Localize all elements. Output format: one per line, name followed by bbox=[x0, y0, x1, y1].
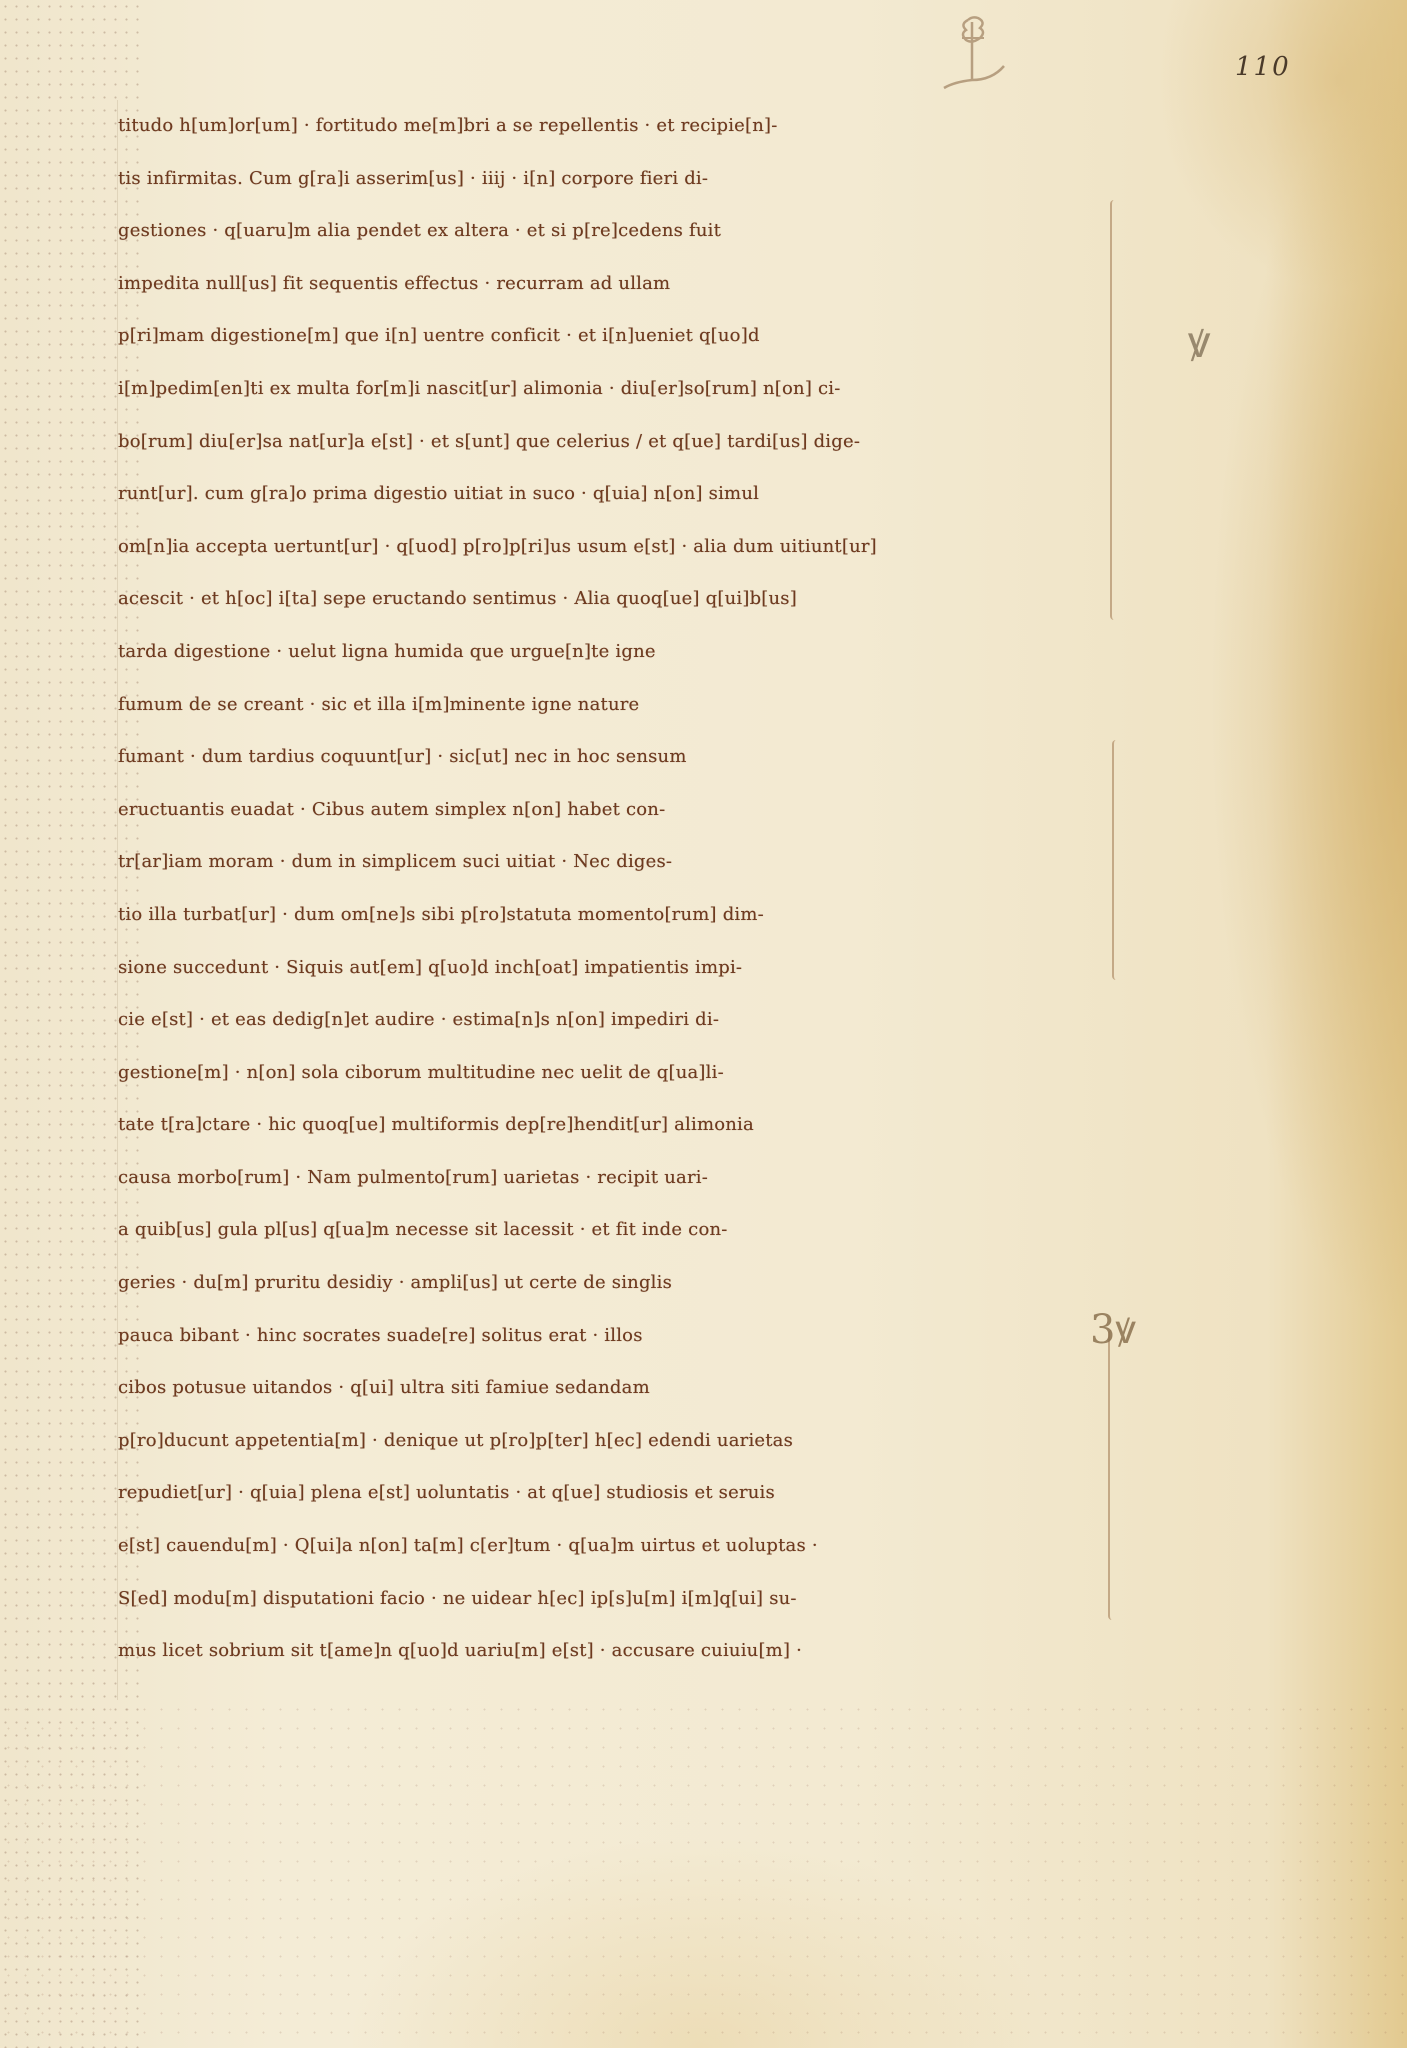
folio-number: 110 bbox=[1235, 52, 1291, 82]
text-line: runt[ur]. cum g[ra]o prima digestio uiti… bbox=[118, 468, 1118, 521]
text-line: tio illa turbat[ur] · dum om[ne]s sibi p… bbox=[118, 889, 1118, 942]
text-line: om[n]ia accepta uertunt[ur] · q[uod] p[r… bbox=[118, 521, 1118, 574]
text-line: titudo h[um]or[um] · fortitudo me[m]bri … bbox=[118, 100, 1118, 153]
text-line: gestione[m] · n[on] sola ciborum multitu… bbox=[118, 1047, 1118, 1100]
text-line: eructuantis euadat · Cibus autem simplex… bbox=[118, 784, 1118, 837]
text-line: e[st] cauendu[m] · Q[ui]a n[on] ta[m] c[… bbox=[118, 1520, 1118, 1573]
text-line: tate t[ra]ctare · hic quoq[ue] multiform… bbox=[118, 1099, 1118, 1152]
text-line: p[ro]ducunt appetentia[m] · denique ut p… bbox=[118, 1415, 1118, 1468]
text-line: bo[rum] diu[er]sa nat[ur]a e[st] · et s[… bbox=[118, 416, 1118, 469]
margin-annotation-upper: ꝟ bbox=[1188, 310, 1210, 370]
text-line: fumant · dum tardius coquunt[ur] · sic[u… bbox=[118, 731, 1118, 784]
text-line: mus licet sobrium sit t[ame]n q[uo]d uar… bbox=[118, 1625, 1118, 1678]
text-line: tr[ar]iam moram · dum in simplicem suci … bbox=[118, 836, 1118, 889]
text-line: cibos potusue uitandos · q[ui] ultra sit… bbox=[118, 1362, 1118, 1415]
text-line: pauca bibant · hinc socrates suade[re] s… bbox=[118, 1310, 1118, 1363]
text-line: p[ri]mam digestione[m] que i[n] uentre c… bbox=[118, 310, 1118, 363]
text-line: i[m]pedim[en]ti ex multa for[m]i nascit[… bbox=[118, 363, 1118, 416]
text-line: sione succedunt · Siquis aut[em] q[uo]d … bbox=[118, 942, 1118, 995]
text-line: causa morbo[rum] · Nam pulmento[rum] uar… bbox=[118, 1152, 1118, 1205]
text-line: gestiones · q[uaru]m alia pendet ex alte… bbox=[118, 205, 1118, 258]
parchment-speckle-bottom bbox=[0, 1700, 1407, 2048]
manuscript-page: 110 ꝟ 3ꝟ titudo h[um]or[um] · fortitudo … bbox=[0, 0, 1407, 2048]
text-line: acescit · et h[oc] i[ta] sepe eructando … bbox=[118, 573, 1118, 626]
text-line: tis infirmitas. Cum g[ra]i asserim[us] ·… bbox=[118, 153, 1118, 206]
main-text-block: titudo h[um]or[um] · fortitudo me[m]bri … bbox=[118, 100, 1118, 1678]
text-line: repudiet[ur] · q[uia] plena e[st] uolunt… bbox=[118, 1467, 1118, 1520]
text-line: fumum de se creant · sic et illa i[m]min… bbox=[118, 679, 1118, 732]
text-line: cie e[st] · et eas dedig[n]et audire · e… bbox=[118, 994, 1118, 1047]
text-line: a quib[us] gula pl[us] q[ua]m necesse si… bbox=[118, 1204, 1118, 1257]
text-line: S[ed] modu[m] disputationi facio · ne ui… bbox=[118, 1573, 1118, 1626]
top-margin-mark-icon bbox=[940, 12, 1010, 92]
text-line: geries · du[m] pruritu desidiy · ampli[u… bbox=[118, 1257, 1118, 1310]
text-line: impedita null[us] fit sequentis effectus… bbox=[118, 258, 1118, 311]
text-line: tarda digestione · uelut ligna humida qu… bbox=[118, 626, 1118, 679]
